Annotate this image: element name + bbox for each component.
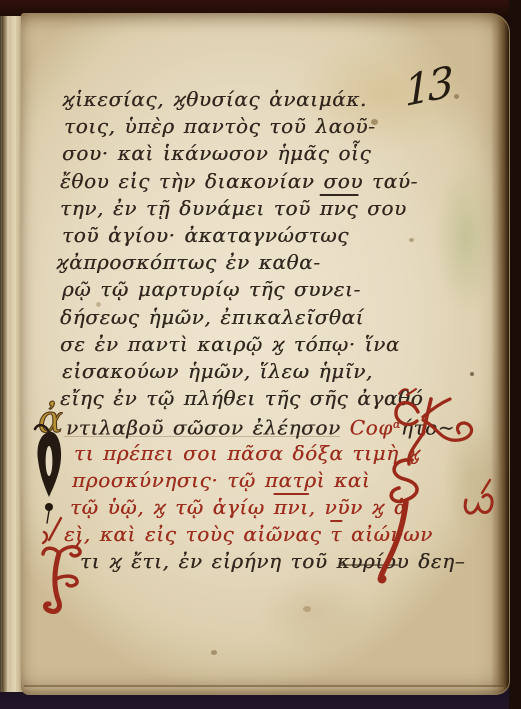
text-segment: πνι bbox=[274, 495, 309, 519]
manuscript-line: εἴης ἐν τῷ πλήθει τῆς σῆς ἀγαθό bbox=[60, 385, 423, 411]
manuscript-line: τοις, ὑπὲρ παντὸς τοῦ λαοῦ- bbox=[64, 113, 375, 139]
text-segment: σου· καὶ ἱκάνωσον ἡμᾶς οἷς bbox=[62, 141, 371, 165]
text-segment: τοις, ὑπὲρ παντὸς τοῦ λαοῦ- bbox=[64, 114, 375, 138]
manuscript-line: ἔθου εἰς τὴν διακονίαν σου ταύ- bbox=[60, 168, 418, 194]
manuscript-photo: ϗἱκεσίας, ϗθυσίας ἀναιμάκ.τοις, ὑπὲρ παν… bbox=[0, 0, 521, 709]
text-segment: ϗἀπροσκόπτως ἐν καθα- bbox=[56, 250, 321, 274]
text-segment: εὶ, καὶ εἰς τοὺς αἰῶνας bbox=[64, 522, 330, 546]
manuscript-line: σου· καὶ ἱκάνωσον ἡμᾶς οἷς bbox=[62, 140, 371, 166]
text-segment: σε ἐν παντὶ καιρῷ ϗ τόπῳ· ἵνα bbox=[60, 332, 400, 356]
manuscript-line: ρῷ τῷ μαρτυρίῳ τῆς συνει- bbox=[62, 276, 361, 302]
text-segment: δήσεως ἡμῶν, ἐπικαλεῖσθαί bbox=[60, 305, 364, 329]
manuscript-line: προσκύνησις· τῷ πατρὶ καὶ bbox=[72, 467, 370, 493]
text-segment: εἴης ἐν τῷ πλήθει τῆς σῆς ἀγαθό bbox=[60, 386, 423, 410]
text-segment: τῷ ὑῷ, ϗ τῷ ἁγίῳ bbox=[70, 495, 274, 519]
manuscript-line: εἰσακούων ἡμῶν, ἵλεω ἡμῖν, bbox=[62, 358, 373, 384]
manuscript-line: τῷ ὑῷ, ϗ τῷ ἁγίῳ πνι, νῦν ϗ ἀ bbox=[70, 494, 408, 520]
text-segment: ϗἱκεσίας, ϗθυσίας ἀναιμάκ. bbox=[62, 87, 367, 111]
text-segment: την, ἐν τῇ δυνάμει τοῦ bbox=[60, 196, 320, 220]
manuscript-line: ϗἱκεσίας, ϗθυσίας ἀναιμάκ. bbox=[62, 86, 367, 112]
folio-number: 13 bbox=[404, 57, 452, 117]
text-segment: τ bbox=[330, 522, 342, 546]
text-segment: τοῦ ἁγίου· ἀκαταγνώστως bbox=[62, 223, 349, 247]
text-segment: ρῷ τῷ μαρτυρίῳ τῆς συνει- bbox=[62, 277, 361, 301]
manuscript-line: ϗἀπροσκόπτως ἐν καθα- bbox=[56, 249, 321, 275]
manuscript-line: την, ἐν τῇ δυνάμει τοῦ πνς σου bbox=[60, 195, 407, 221]
manuscript-line: τοῦ ἁγίου· ἀκαταγνώστως bbox=[62, 222, 349, 248]
text-segment: τι πρέπει σοι πᾶσα δόξα τιμὴ ϗ bbox=[74, 441, 421, 465]
ornamental-initial-teardrop bbox=[32, 420, 68, 526]
ekphonesis-flourish bbox=[378, 388, 520, 598]
text-segment: σου bbox=[358, 196, 407, 220]
text-segment: πνς bbox=[320, 196, 358, 220]
text-segment: προσκύνησις· τῷ πατρὶ καὶ bbox=[72, 468, 370, 492]
manuscript-line: δήσεως ἡμῶν, ἐπικαλεῖσθαί bbox=[60, 304, 364, 330]
red-initial-epsilon bbox=[30, 540, 82, 622]
text-segment: εἰσακούων ἡμῶν, ἵλεω ἡμῖν, bbox=[62, 359, 373, 383]
manuscript-line: σε ἐν παντὶ καιρῷ ϗ τόπῳ· ἵνα bbox=[60, 331, 400, 357]
text-segment: ἔθου εἰς τὴν διακονίαν σου ταύ- bbox=[60, 169, 418, 193]
manuscript-line: τι πρέπει σοι πᾶσα δόξα τιμὴ ϗ bbox=[74, 440, 421, 466]
text-segment: ντιλαβοῦ σῶσον ἐλέησον bbox=[66, 416, 350, 440]
margin-red-mark bbox=[40, 514, 66, 546]
